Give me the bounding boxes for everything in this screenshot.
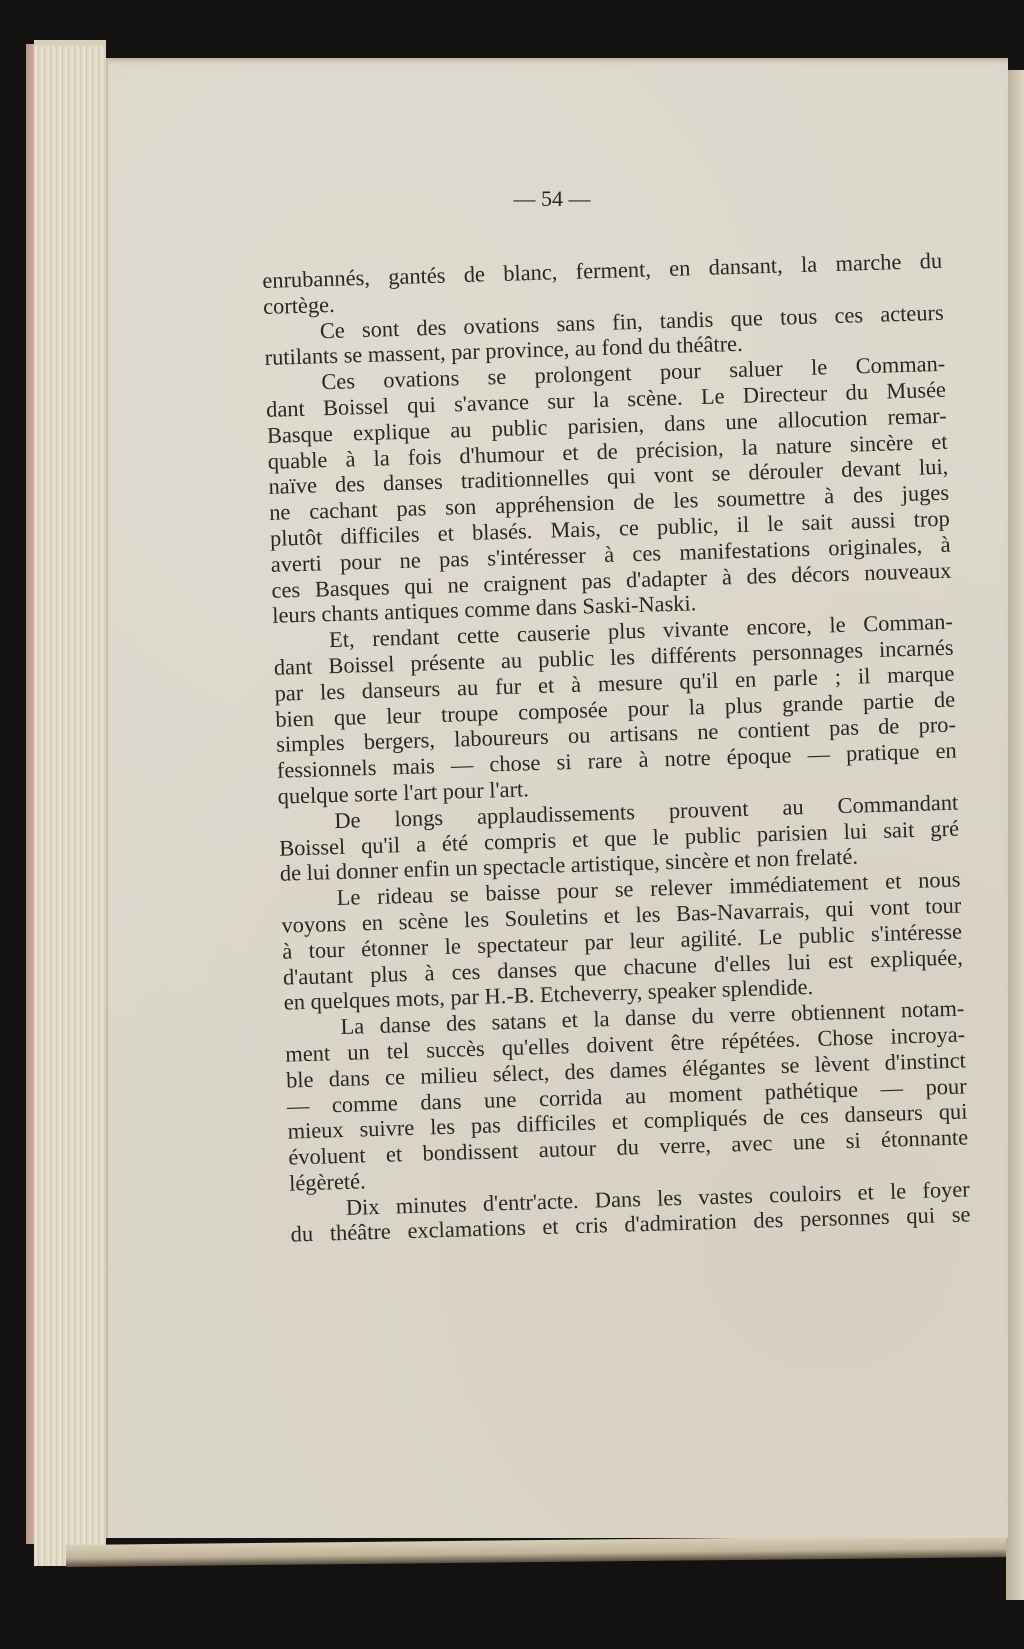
page-stack-edge: [34, 40, 106, 1566]
facing-page-edge: [1006, 70, 1024, 1600]
page-stack-bottom: [66, 1535, 1022, 1567]
page-number: — 54 —: [0, 186, 1024, 212]
body-text: enrubannés, gantés de blanc, ferment, en…: [262, 248, 971, 1248]
